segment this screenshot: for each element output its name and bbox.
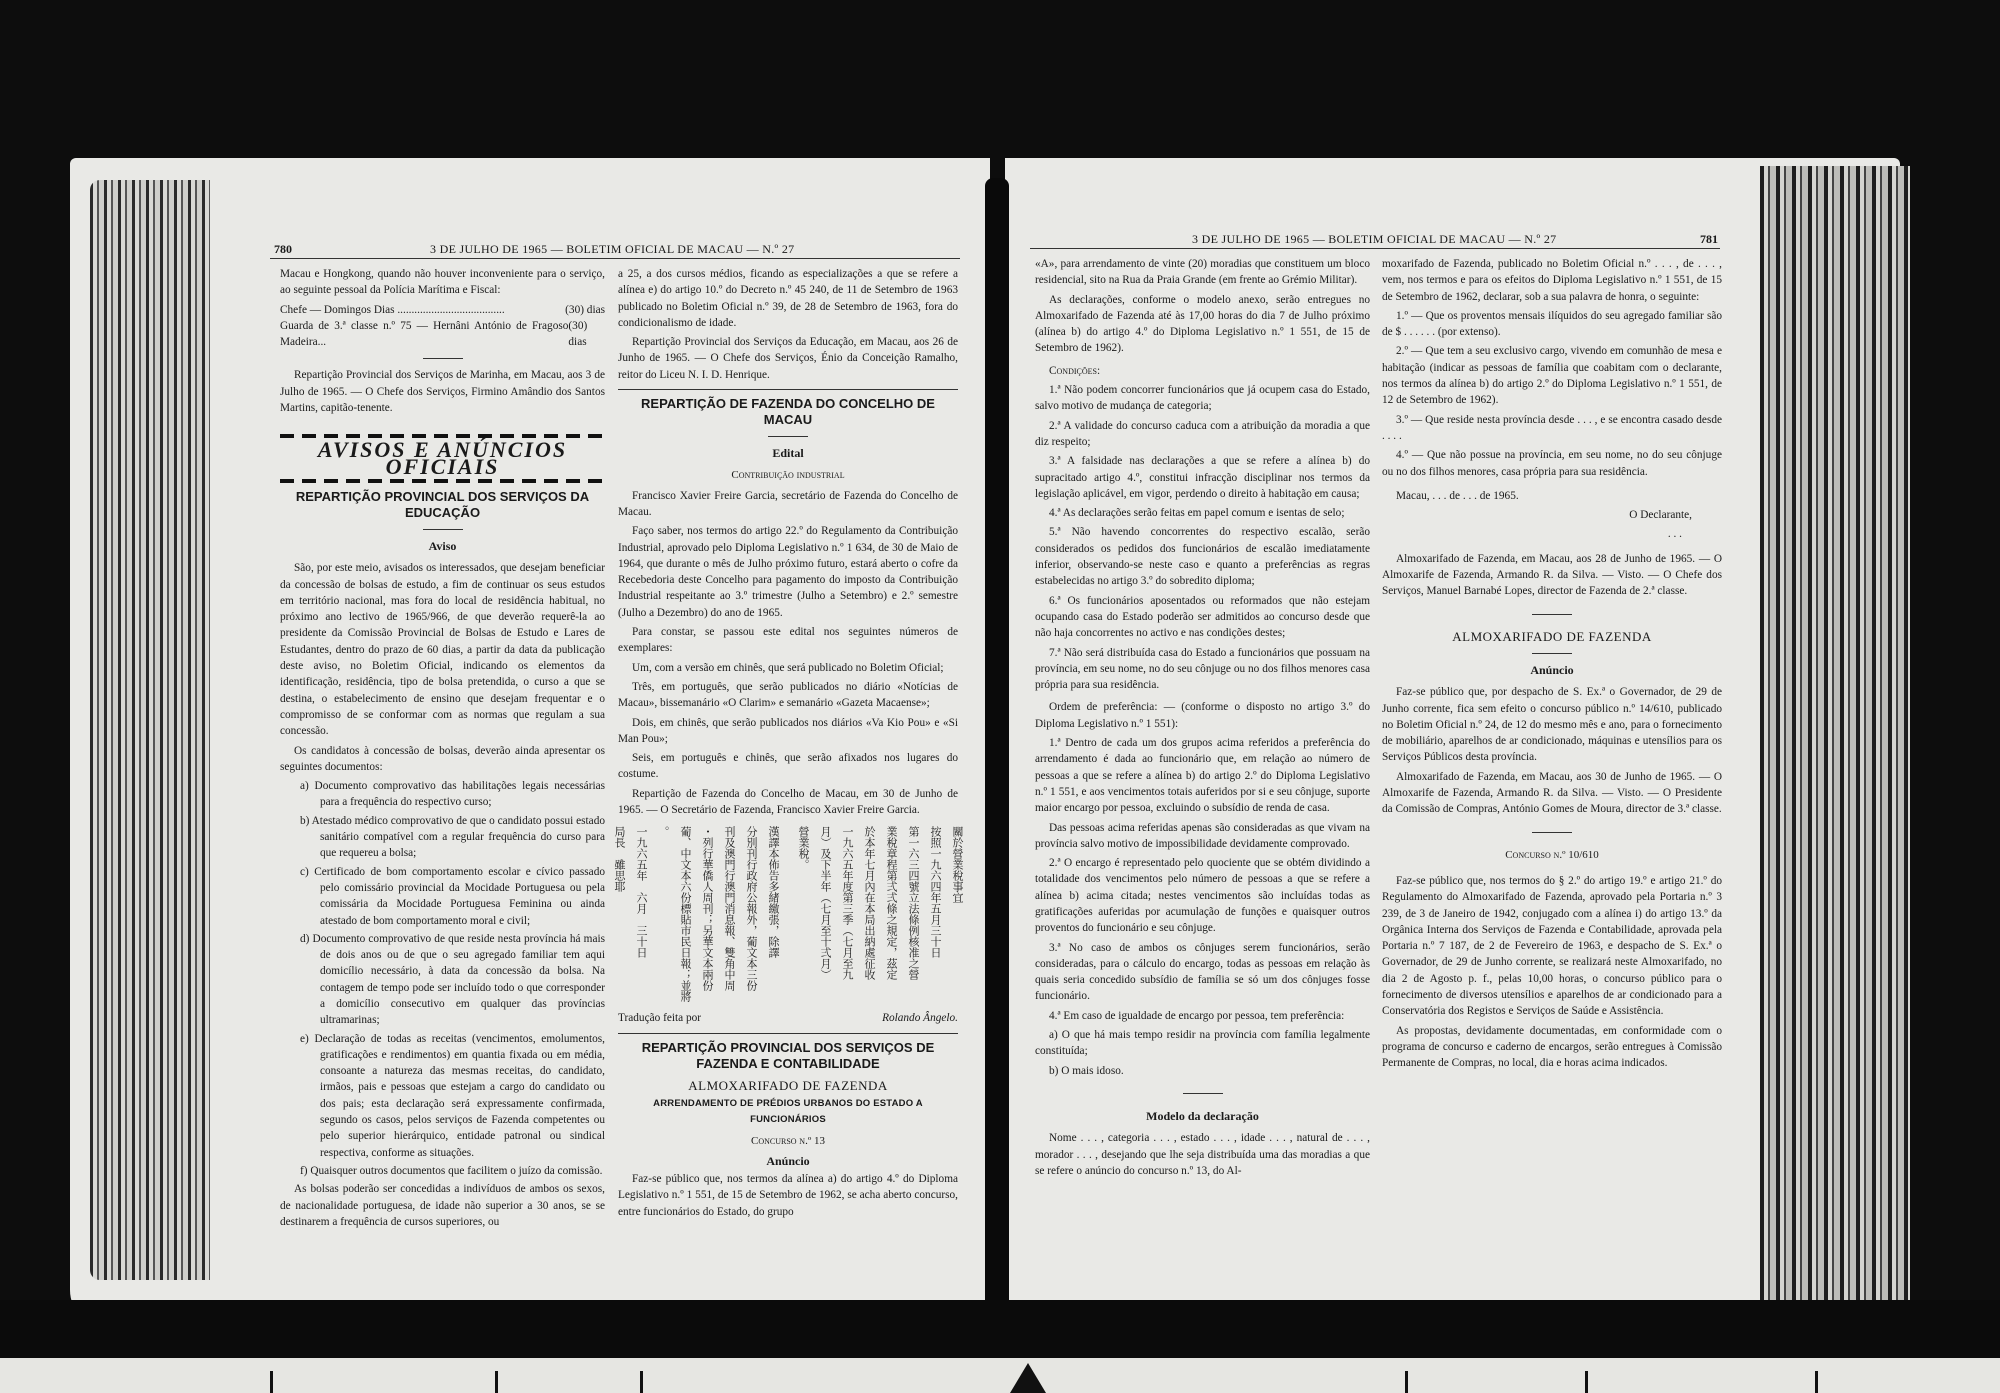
declaration-item: 3.º — Que reside nesta província desde .… xyxy=(1382,412,1722,445)
paragraph: Repartição de Fazenda do Concelho de Mac… xyxy=(618,786,958,819)
chinese-text-column: 刊及澳門行澳門消息報、雙角中周 xyxy=(722,826,736,1002)
condition-item: 5.ª Não havendo concorrentes do respecti… xyxy=(1035,524,1370,589)
paragraph: Os candidatos à concessão de bolsas, dev… xyxy=(280,743,605,776)
film-center-marker xyxy=(1010,1363,1046,1393)
section-rule xyxy=(618,389,958,390)
condition-item: 1.ª Não podem concorrer funcionários que… xyxy=(1035,382,1370,415)
film-mark xyxy=(495,1371,498,1393)
translation-credit: Tradução feita porRolando Ângelo. xyxy=(618,1010,958,1026)
paragraph: a 25, a dos cursos médios, ficando as es… xyxy=(618,266,958,331)
paragraph: Faz-se público que, nos termos do § 2.º … xyxy=(1382,873,1722,1020)
banner-rule-bottom xyxy=(280,479,605,483)
paragraph: Dois, em chinês, que serão publicados no… xyxy=(618,715,958,748)
intro-text: Macau e Hongkong, quando não houver inco… xyxy=(280,266,605,299)
scan-bottom-band xyxy=(0,1300,2000,1350)
list-item: e) Declaração de todas as receitas (venc… xyxy=(280,1031,605,1161)
film-mark xyxy=(1585,1371,1588,1393)
section-subtitle-2: ARRENDAMENTO DE PRÉDIOS URBANOS DO ESTAD… xyxy=(618,1096,958,1129)
list-item: f) Quaisquer outros documentos que facil… xyxy=(280,1163,605,1179)
page-number-right: 781 xyxy=(1700,232,1718,247)
section-divider xyxy=(423,358,463,359)
section-title-fazenda-contabilidade: REPARTIÇÃO PROVINCIAL DOS SERVIÇOS DE FA… xyxy=(618,1040,958,1072)
list-item: c) Certificado de bom comportamento esco… xyxy=(280,864,605,929)
paragraph: As bolsas poderão ser concedidas a indiv… xyxy=(280,1181,605,1230)
left-column-2: a 25, a dos cursos médios, ficando as es… xyxy=(618,266,958,1223)
paragraph: «A», para arrendamento de vinte (20) mor… xyxy=(1035,256,1370,289)
microfilm-strip xyxy=(0,1358,2000,1393)
chinese-text-column: 於本年七月內在本局出納處征收 xyxy=(862,826,876,1002)
paragraph: As declarações, conforme o modelo anexo,… xyxy=(1035,292,1370,357)
paragraph: Faz-se público que, por despacho de S. E… xyxy=(1382,684,1722,765)
section-divider xyxy=(768,436,808,437)
running-head-right: 3 DE JULHO DE 1965 — BOLETIM OFICIAL DE … xyxy=(1192,232,1556,247)
signoff-marinha: Repartição Provincial dos Serviços de Ma… xyxy=(280,367,605,416)
signoff-almoxarifado-1: Almoxarifado de Fazenda, em Macau, aos 2… xyxy=(1382,551,1722,600)
declarant-signature: . . . xyxy=(1382,526,1682,542)
film-mark xyxy=(1815,1371,1818,1393)
declaration-item: 1.º — Que os proventos mensais ilíquidos… xyxy=(1382,308,1722,341)
left-column-1: Macau e Hongkong, quando não houver inco… xyxy=(280,266,605,1233)
header-rule-right xyxy=(1030,248,1720,249)
right-column-1: «A», para arrendamento de vinte (20) mor… xyxy=(1035,256,1370,1182)
declaration-item: 2.º — Que tem a seu exclusivo cargo, viv… xyxy=(1382,343,1722,408)
chinese-text-column: 月）及下半年（七月至十弍月） xyxy=(818,826,832,1002)
paragraph: moxarifado de Fazenda, publicado no Bole… xyxy=(1382,256,1722,305)
film-mark xyxy=(1405,1371,1408,1393)
section-subtitle: ALMOXARIFADO DE FAZENDA xyxy=(618,1078,958,1094)
section-divider xyxy=(1532,614,1572,615)
condition-item: 2.ª A validade do concurso caduca com a … xyxy=(1035,418,1370,451)
place-date: Macau, . . . de . . . de 1965. xyxy=(1382,488,1722,504)
section-divider xyxy=(1183,1093,1223,1094)
running-head-left: 3 DE JULHO DE 1965 — BOLETIM OFICIAL DE … xyxy=(430,242,794,257)
signoff-educacao: Repartição Provincial dos Serviços da Ed… xyxy=(618,334,958,383)
section-rule xyxy=(618,1033,958,1034)
chinese-translation-block: 關於營業稅事宜按照一九六四年五月三十日第一六三四號立法條例核准之營業稅章程第弍弍… xyxy=(618,826,958,1002)
concurso-label: Concurso n.º 13 xyxy=(618,1133,958,1149)
chinese-text-column: 局長 雖思耶 xyxy=(612,826,626,1002)
banner-avisos: AVISOS E ANÚNCIOS OFICIAIS xyxy=(280,442,605,475)
paragraph: Francisco Xavier Freire Garcia, secretár… xyxy=(618,488,958,521)
list-item: b) Atestado médico comprovativo de que o… xyxy=(280,813,605,862)
condition-item: 4.ª As declarações serão feitas em papel… xyxy=(1035,505,1370,521)
list-item: d) Documento comprovativo de que reside … xyxy=(280,931,605,1029)
paragraph: Faz-se público que, nos termos da alínea… xyxy=(618,1171,958,1220)
right-column-2: moxarifado de Fazenda, publicado no Bole… xyxy=(1382,256,1722,1074)
paragraph: Um, com a versão em chinês, que será pub… xyxy=(618,660,958,676)
chinese-text-column: 漢譯本佈告多緒繳張，除譯 xyxy=(766,826,780,1002)
preference-item: Das pessoas acima referidas apenas são c… xyxy=(1035,820,1370,853)
film-mark xyxy=(640,1371,643,1393)
paragraph: Faço saber, nos termos do artigo 22.º do… xyxy=(618,523,958,621)
chinese-text-column: 業稅章程第弍弍條之規定，茲定 xyxy=(884,826,898,1002)
list-item: a) Documento comprovativo das habilitaçõ… xyxy=(280,778,605,811)
chinese-text-column: 一九六五年 六月 三十日 xyxy=(634,826,648,1002)
section-title-fazenda-concelho: REPARTIÇÃO DE FAZENDA DO CONCELHO DE MAC… xyxy=(618,396,958,428)
condition-item: 6.ª Os funcionários aposentados ou refor… xyxy=(1035,593,1370,642)
chinese-text-column: 葡、中文本六份標貼市民日報；並將 xyxy=(678,826,692,1002)
section-title-educacao: REPARTIÇÃO PROVINCIAL DOS SERVIÇOS DA ED… xyxy=(280,489,605,521)
page-edges-right xyxy=(1760,166,1910,1316)
chinese-text-column: 營業稅。 xyxy=(796,826,810,1002)
paragraph: As propostas, devidamente documentadas, … xyxy=(1382,1023,1722,1072)
signoff-almoxarifado-2: Almoxarifado de Fazenda, em Macau, aos 3… xyxy=(1382,769,1722,818)
section-divider xyxy=(423,529,463,530)
declarant-label: O Declarante, xyxy=(1382,507,1692,523)
condition-item: 7.ª Não será distribuída casa do Estado … xyxy=(1035,645,1370,694)
page-number-left: 780 xyxy=(274,242,292,257)
conditions-label: Condições: xyxy=(1035,363,1370,379)
notice-title-aviso: Aviso xyxy=(280,538,605,554)
section-divider xyxy=(1532,832,1572,833)
chinese-text-column: 第一六三四號立法條例核准之營 xyxy=(906,826,920,1002)
notice-title-edital: Edital xyxy=(618,445,958,461)
chinese-text-column: 按照一九六四年五月三十日 xyxy=(928,826,942,1002)
model-text: Nome . . . , categoria . . . , estado . … xyxy=(1035,1130,1370,1179)
chinese-text-column: ・列行華僑人周刊；另華文本兩份 xyxy=(700,826,714,1002)
preference-item: 4.ª Em caso de igualdade de encargo por … xyxy=(1035,1008,1370,1024)
preference-item: 1.ª Dentro de cada um dos grupos acima r… xyxy=(1035,735,1370,816)
chinese-text-column: 關於營業稅事宜 xyxy=(950,826,964,1002)
paragraph: São, por este meio, avisados os interess… xyxy=(280,560,605,739)
paragraph: Para constar, se passou este edital nos … xyxy=(618,624,958,657)
section-divider xyxy=(1532,653,1572,654)
section-title-almoxarifado: ALMOXARIFADO DE FAZENDA xyxy=(1382,629,1722,645)
chinese-text-column: 。 xyxy=(656,826,670,1002)
notice-title-anuncio: Anúncio xyxy=(1382,662,1722,678)
page-edges-left xyxy=(90,180,210,1280)
paragraph: Seis, em português e chinês, que serão a… xyxy=(618,750,958,783)
notice-title-anuncio: Anúncio xyxy=(618,1153,958,1169)
header-rule-left xyxy=(270,258,960,259)
paragraph: Três, em português, que serão publicados… xyxy=(618,679,958,712)
preference-item: 2.ª O encargo é representado pelo quocie… xyxy=(1035,855,1370,936)
declaration-item: 4.º — Que não possue na província, em se… xyxy=(1382,447,1722,480)
film-mark xyxy=(270,1371,273,1393)
concurso-label: Concurso n.º 10/610 xyxy=(1382,847,1722,863)
preference-item: a) O que há mais tempo residir na provín… xyxy=(1035,1027,1370,1060)
preference-label: Ordem de preferência: — (conforme o disp… xyxy=(1035,699,1370,732)
personnel-row: Chefe — Domingos Dias ..................… xyxy=(280,302,605,318)
chinese-text-column: 一九六五年度第三季（七月至九 xyxy=(840,826,854,1002)
model-title: Modelo da declaração xyxy=(1035,1108,1370,1124)
book-gutter xyxy=(985,178,1009,1328)
preference-item: 3.ª No caso de ambos os cônjuges serem f… xyxy=(1035,940,1370,1005)
chinese-text-column: 分別刊行政府公報外，葡文本三份 xyxy=(744,826,758,1002)
personnel-row: Guarda de 3.ª classe n.º 75 — Hernâni An… xyxy=(280,318,605,351)
preference-item: b) O mais idoso. xyxy=(1035,1063,1370,1079)
notice-subtitle: Contribuição industrial xyxy=(618,467,958,483)
condition-item: 3.ª A falsidade nas declarações a que se… xyxy=(1035,453,1370,502)
